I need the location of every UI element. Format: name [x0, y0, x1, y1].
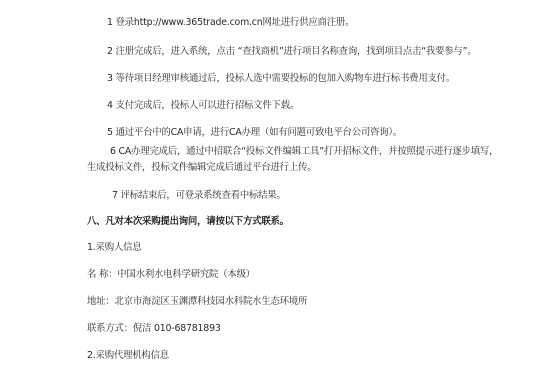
step-5: 5 通过平台中的CA申请，进行CA办理（如有问题可致电平台公司咨询）。 [107, 126, 402, 139]
step-4: 4 支付完成后，投标人可以进行招标文件下载。 [107, 99, 299, 112]
document-page: 1 登录http://www.365trade.com.cn网址进行供应商注册。… [0, 0, 554, 391]
purchaser-heading: 1.采购人信息 [87, 241, 141, 254]
step-6-line-2: 生成投标文件，投标文件编辑完成后通过平台进行上传。 [87, 161, 316, 174]
purchaser-contact: 联系方式：倪洁 010-68781893 [87, 322, 221, 335]
purchaser-name: 名 称：中国水利水电科学研究院（本级） [87, 268, 255, 281]
agency-heading: 2.采购代理机构信息 [87, 349, 169, 362]
step-2: 2 注册完成后，进入系统，点击 “查找商机”进行项目名称查询，找到项目点击“我要… [107, 45, 476, 58]
purchaser-address: 地址：北京市海淀区玉渊潭科技园水科院水生态环境所 [87, 295, 307, 308]
step-3: 3 等待项目经理审核通过后，投标人选中需要投标的包加入购物车进行标书费用支付。 [107, 72, 455, 85]
step-6-line-1: 6 CA办理完成后，通过中招联合“投标文件编辑工具”打开招标文件，并按照提示进行… [110, 145, 498, 158]
section-heading: 八、凡对本次采购提出询问，请按以下方式联系。 [87, 215, 289, 228]
step-1: 1 登录http://www.365trade.com.cn网址进行供应商注册。 [107, 16, 354, 29]
step-7: 7 评标结束后，可登录系统查看中标结果。 [112, 189, 286, 202]
